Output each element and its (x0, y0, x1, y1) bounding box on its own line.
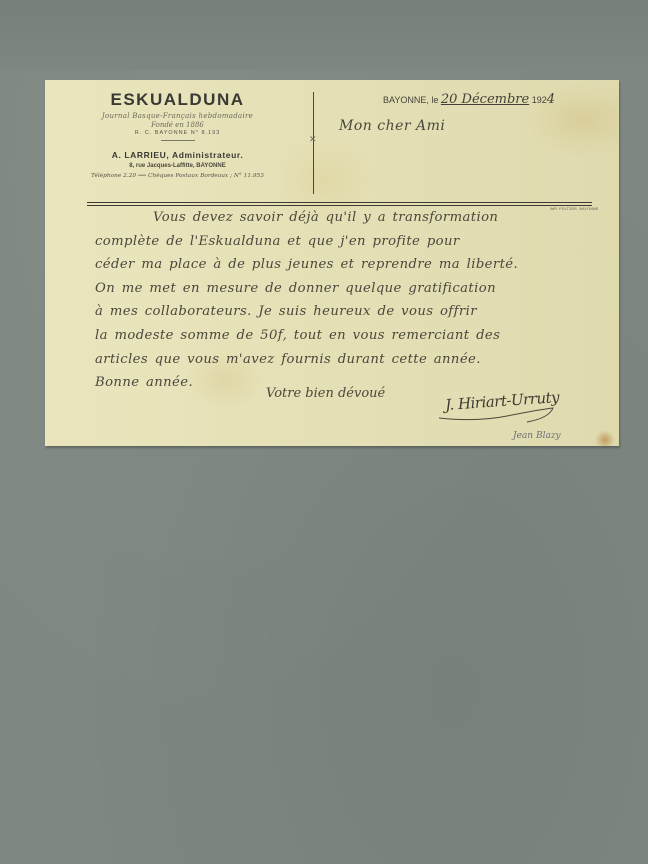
rule-ornament-icon: ✕ (309, 135, 317, 145)
closing-line: Votre bien dévoué (266, 386, 385, 401)
address-line: 8, rue Jacques-Laffitte, BAYONNE (45, 163, 310, 169)
newspaper-subtitle: Journal Basque-Français hebdomadaire (45, 112, 310, 120)
letter-body: Vous devez savoir déjà qu'il y a transfo… (95, 206, 615, 395)
pencil-annotation: Jean Blazy (513, 431, 561, 441)
date-prefix: BAYONNE, le (383, 95, 438, 105)
body-line: On me met en mesure de donner quelque gr… (95, 277, 615, 301)
administrator-line: A. LARRIEU, Administrateur. (45, 150, 310, 160)
registry-number: R. C. BAYONNE N° 8.193 (45, 130, 310, 136)
mounting-board (0, 0, 648, 70)
date-handwritten: 20 Décembre (441, 92, 529, 107)
body-line: la modeste somme de 50f, tout en vous re… (95, 324, 615, 348)
telephone-line: Téléphone 2.20 ⟿ Chèques Postaux Bordeau… (45, 173, 310, 179)
body-line: complète de l'Eskualduna et que j'en pro… (95, 230, 615, 254)
body-line: articles que vous m'avez fournis durant … (95, 348, 615, 372)
letterhead: ESKUALDUNA Journal Basque-Français hebdo… (45, 90, 310, 179)
newspaper-title: ESKUALDUNA (45, 90, 310, 110)
letter-sheet: ESKUALDUNA Journal Basque-Français hebdo… (45, 80, 619, 446)
signature-flourish-icon (437, 402, 557, 426)
salutation: Mon cher Ami (339, 118, 445, 134)
body-line: Vous devez savoir déjà qu'il y a transfo… (95, 206, 615, 230)
ornament-divider-icon (161, 137, 195, 143)
founded-line: Fondé en 1886 (45, 121, 310, 129)
date-year-handwritten: 4 (547, 92, 555, 107)
body-line: à mes collaborateurs. Je suis heureux de… (95, 300, 615, 324)
date-year-printed: 192 (532, 95, 547, 105)
date-line: BAYONNE, le 20 Décembre 1924 (383, 92, 555, 107)
body-line: céder ma place à de plus jeunes et repre… (95, 253, 615, 277)
